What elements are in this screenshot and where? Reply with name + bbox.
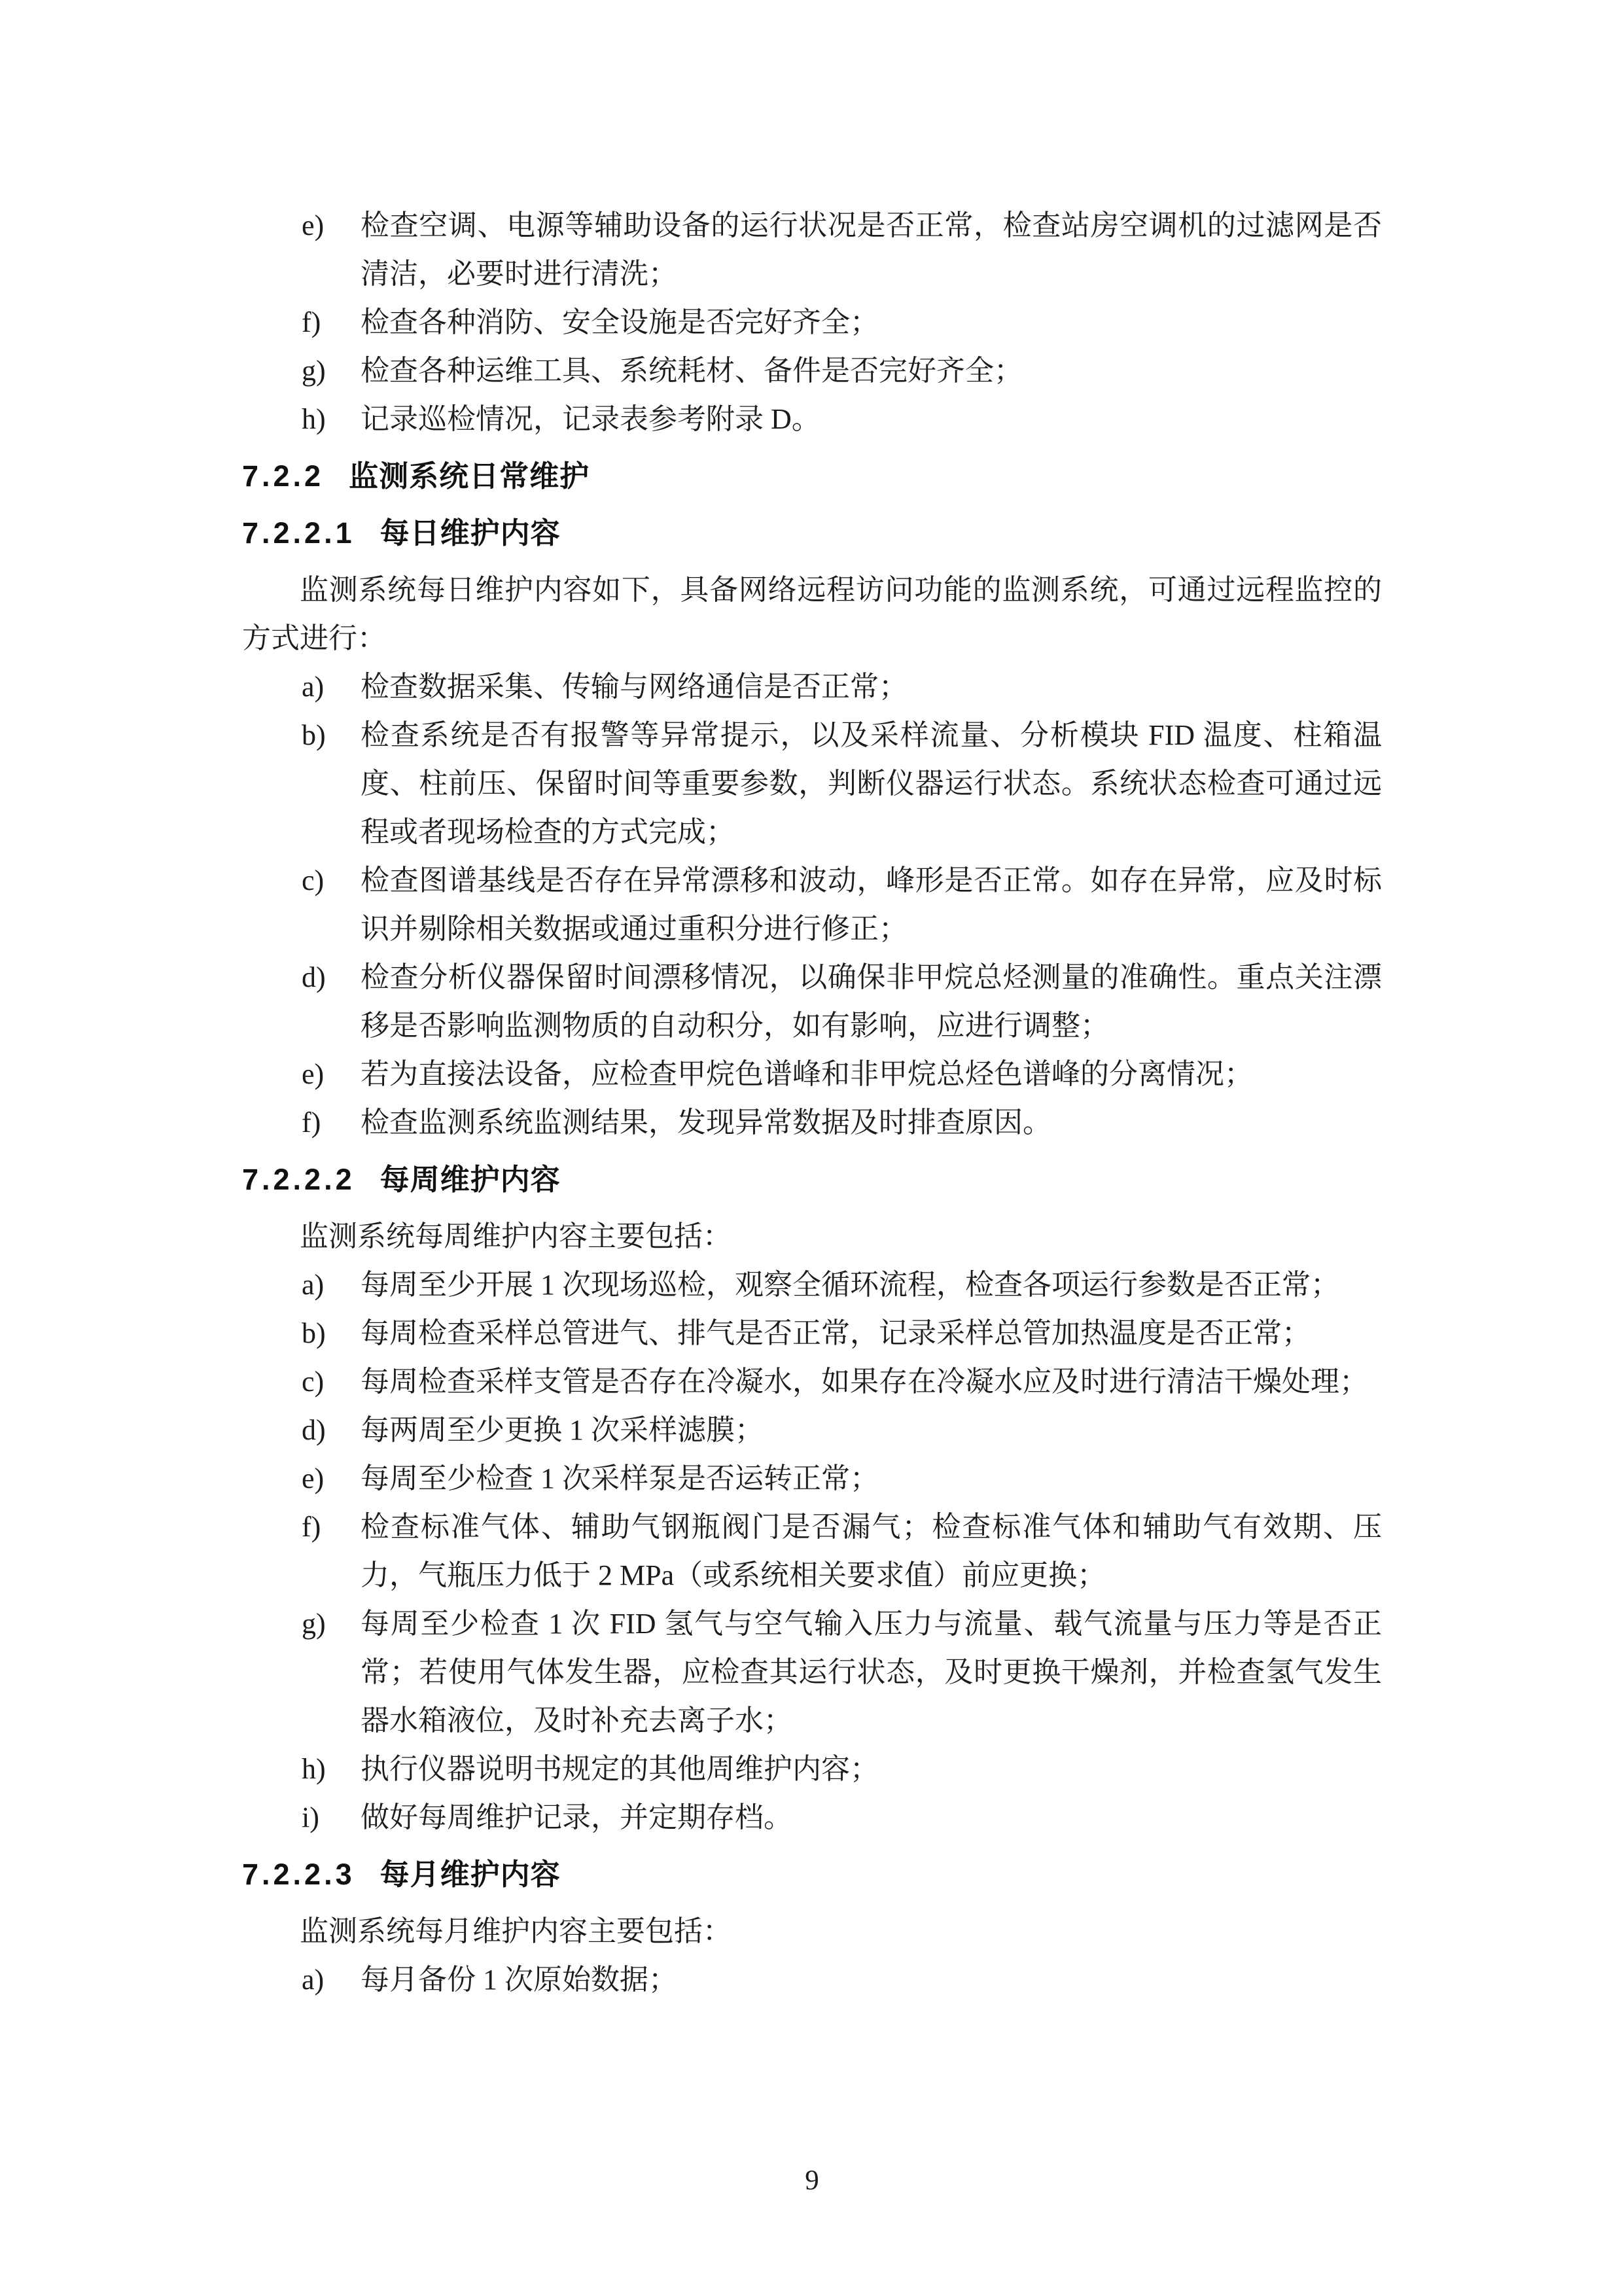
list-item: i)做好每周维护记录，并定期存档。	[242, 1793, 1382, 1842]
list: e)检查空调、电源等辅助设备的运行状况是否正常，检查站房空调机的过滤网是否清洁，…	[242, 202, 1382, 444]
list-item: c)检查图谱基线是否存在异常漂移和波动，峰形是否正常。如存在异常，应及时标识并剔…	[242, 857, 1382, 953]
list-item: a)检查数据采集、传输与网络通信是否正常；	[242, 663, 1382, 711]
list-item: e)若为直接法设备，应检查甲烷色谱峰和非甲烷总烃色谱峰的分离情况；	[242, 1050, 1382, 1099]
list-item-label: f)	[302, 298, 321, 347]
section-number: 7.2.2	[242, 459, 324, 493]
list-item-label: d)	[302, 953, 326, 1002]
list-item: h)执行仪器说明书规定的其他周维护内容；	[242, 1745, 1382, 1793]
section-number: 7.2.2.3	[242, 1858, 355, 1891]
list-item: h)记录巡检情况，记录表参考附录 D。	[242, 395, 1382, 444]
page-footer: 9	[0, 2157, 1624, 2205]
section-heading: 7.2.2.3每月维护内容	[242, 1850, 1382, 1899]
list-item-text: 执行仪器说明书规定的其他周维护内容；	[361, 1753, 879, 1785]
paragraph: 监测系统每周维护内容主要包括：	[242, 1212, 1382, 1261]
section-title: 每周维护内容	[380, 1163, 561, 1196]
list-item-text: 做好每周维护记录，并定期存档。	[361, 1801, 792, 1833]
list-item: g)检查各种运维工具、系统耗材、备件是否完好齐全；	[242, 347, 1382, 395]
list-item-label: c)	[302, 1358, 324, 1406]
page-content: e)检查空调、电源等辅助设备的运行状况是否正常，检查站房空调机的过滤网是否清洁，…	[0, 0, 1624, 2004]
list-item-label: h)	[302, 1745, 326, 1793]
list-item: f)检查监测系统监测结果，发现异常数据及时排查原因。	[242, 1099, 1382, 1147]
page-number: 9	[805, 2165, 819, 2196]
list-item-label: h)	[302, 395, 326, 444]
list-item: d)每两周至少更换 1 次采样滤膜；	[242, 1406, 1382, 1455]
list-item: e)每周至少检查 1 次采样泵是否运转正常；	[242, 1455, 1382, 1503]
list-item-label: i)	[302, 1793, 319, 1842]
list-item-text: 每月备份 1 次原始数据；	[361, 1964, 677, 1996]
list-item-label: f)	[302, 1503, 321, 1551]
list-item-label: b)	[302, 711, 326, 760]
list-item-label: e)	[302, 202, 324, 250]
list: a)每月备份 1 次原始数据；	[242, 1956, 1382, 2004]
list-item-label: g)	[302, 1600, 326, 1648]
section-title: 每月维护内容	[380, 1858, 561, 1891]
list-item-label: g)	[302, 347, 326, 395]
list-item-label: a)	[302, 663, 324, 711]
list-item: a)每周至少开展 1 次现场巡检，观察全循环流程，检查各项运行参数是否正常；	[242, 1261, 1382, 1309]
paragraph: 监测系统每日维护内容如下，具备网络远程访问功能的监测系统，可通过远程监控的方式进…	[242, 566, 1382, 663]
list-item-label: d)	[302, 1406, 326, 1455]
section-number: 7.2.2.2	[242, 1163, 355, 1196]
list-item-label: a)	[302, 1261, 324, 1309]
section-heading: 7.2.2监测系统日常维护	[242, 452, 1382, 501]
list-item: f)检查各种消防、安全设施是否完好齐全；	[242, 298, 1382, 347]
list-item-text: 每周检查采样总管进气、排气是否正常，记录采样总管加热温度是否正常；	[361, 1317, 1311, 1349]
list-item-label: c)	[302, 857, 324, 905]
list-item: b)检查系统是否有报警等异常提示，以及采样流量、分析模块 FID 温度、柱箱温度…	[242, 711, 1382, 857]
section-number: 7.2.2.1	[242, 516, 355, 550]
list-item: f)检查标准气体、辅助气钢瓶阀门是否漏气；检查标准气体和辅助气有效期、压力，气瓶…	[242, 1503, 1382, 1600]
list-item-label: f)	[302, 1099, 321, 1147]
list-item: d)检查分析仪器保留时间漂移情况，以确保非甲烷总烃测量的准确性。重点关注漂移是否…	[242, 953, 1382, 1050]
list-item-text: 每周至少开展 1 次现场巡检，观察全循环流程，检查各项运行参数是否正常；	[361, 1269, 1339, 1301]
document-page: e)检查空调、电源等辅助设备的运行状况是否正常，检查站房空调机的过滤网是否清洁，…	[0, 0, 1624, 2296]
list-item-text: 每两周至少更换 1 次采样滤膜；	[361, 1414, 764, 1446]
list-item-text: 检查系统是否有报警等异常提示，以及采样流量、分析模块 FID 温度、柱箱温度、柱…	[361, 719, 1382, 848]
list-item-text: 检查各种消防、安全设施是否完好齐全；	[361, 306, 879, 338]
list: a)检查数据采集、传输与网络通信是否正常；b)检查系统是否有报警等异常提示，以及…	[242, 663, 1382, 1147]
list-item-label: b)	[302, 1309, 326, 1358]
list-item-label: a)	[302, 1956, 324, 2004]
section-heading: 7.2.2.1每日维护内容	[242, 509, 1382, 557]
section-title: 监测系统日常维护	[349, 459, 590, 493]
list-item: b)每周检查采样总管进气、排气是否正常，记录采样总管加热温度是否正常；	[242, 1309, 1382, 1358]
list-item-label: e)	[302, 1050, 324, 1099]
list-item-text: 检查图谱基线是否存在异常漂移和波动，峰形是否正常。如存在异常，应及时标识并剔除相…	[361, 864, 1382, 945]
list-item-text: 每周检查采样支管是否存在冷凝水，如果存在冷凝水应及时进行清洁干燥处理；	[361, 1366, 1368, 1398]
list-item: g)每周至少检查 1 次 FID 氢气与空气输入压力与流量、载气流量与压力等是否…	[242, 1600, 1382, 1745]
list-item-text: 每周至少检查 1 次采样泵是否运转正常；	[361, 1462, 879, 1494]
list-item: e)检查空调、电源等辅助设备的运行状况是否正常，检查站房空调机的过滤网是否清洁，…	[242, 202, 1382, 298]
section-heading: 7.2.2.2每周维护内容	[242, 1156, 1382, 1204]
list-item-text: 检查空调、电源等辅助设备的运行状况是否正常，检查站房空调机的过滤网是否清洁，必要…	[361, 209, 1382, 290]
paragraph: 监测系统每月维护内容主要包括：	[242, 1907, 1382, 1956]
list-item-text: 每周至少检查 1 次 FID 氢气与空气输入压力与流量、载气流量与压力等是否正常…	[361, 1608, 1382, 1737]
list-item-text: 检查标准气体、辅助气钢瓶阀门是否漏气；检查标准气体和辅助气有效期、压力，气瓶压力…	[361, 1511, 1382, 1591]
list-item: c)每周检查采样支管是否存在冷凝水，如果存在冷凝水应及时进行清洁干燥处理；	[242, 1358, 1382, 1406]
list-item-text: 检查数据采集、传输与网络通信是否正常；	[361, 671, 908, 703]
list-item-text: 检查分析仪器保留时间漂移情况，以确保非甲烷总烃测量的准确性。重点关注漂移是否影响…	[361, 961, 1382, 1042]
list-item-text: 检查监测系统监测结果，发现异常数据及时排查原因。	[361, 1106, 1051, 1139]
list-item-text: 记录巡检情况，记录表参考附录 D。	[361, 403, 821, 435]
section-title: 每日维护内容	[380, 516, 561, 550]
list-item: a)每月备份 1 次原始数据；	[242, 1956, 1382, 2004]
list-item-text: 若为直接法设备，应检查甲烷色谱峰和非甲烷总烃色谱峰的分离情况；	[361, 1058, 1253, 1090]
list-item-label: e)	[302, 1455, 324, 1503]
list: a)每周至少开展 1 次现场巡检，观察全循环流程，检查各项运行参数是否正常；b)…	[242, 1261, 1382, 1842]
list-item-text: 检查各种运维工具、系统耗材、备件是否完好齐全；	[361, 355, 1023, 387]
